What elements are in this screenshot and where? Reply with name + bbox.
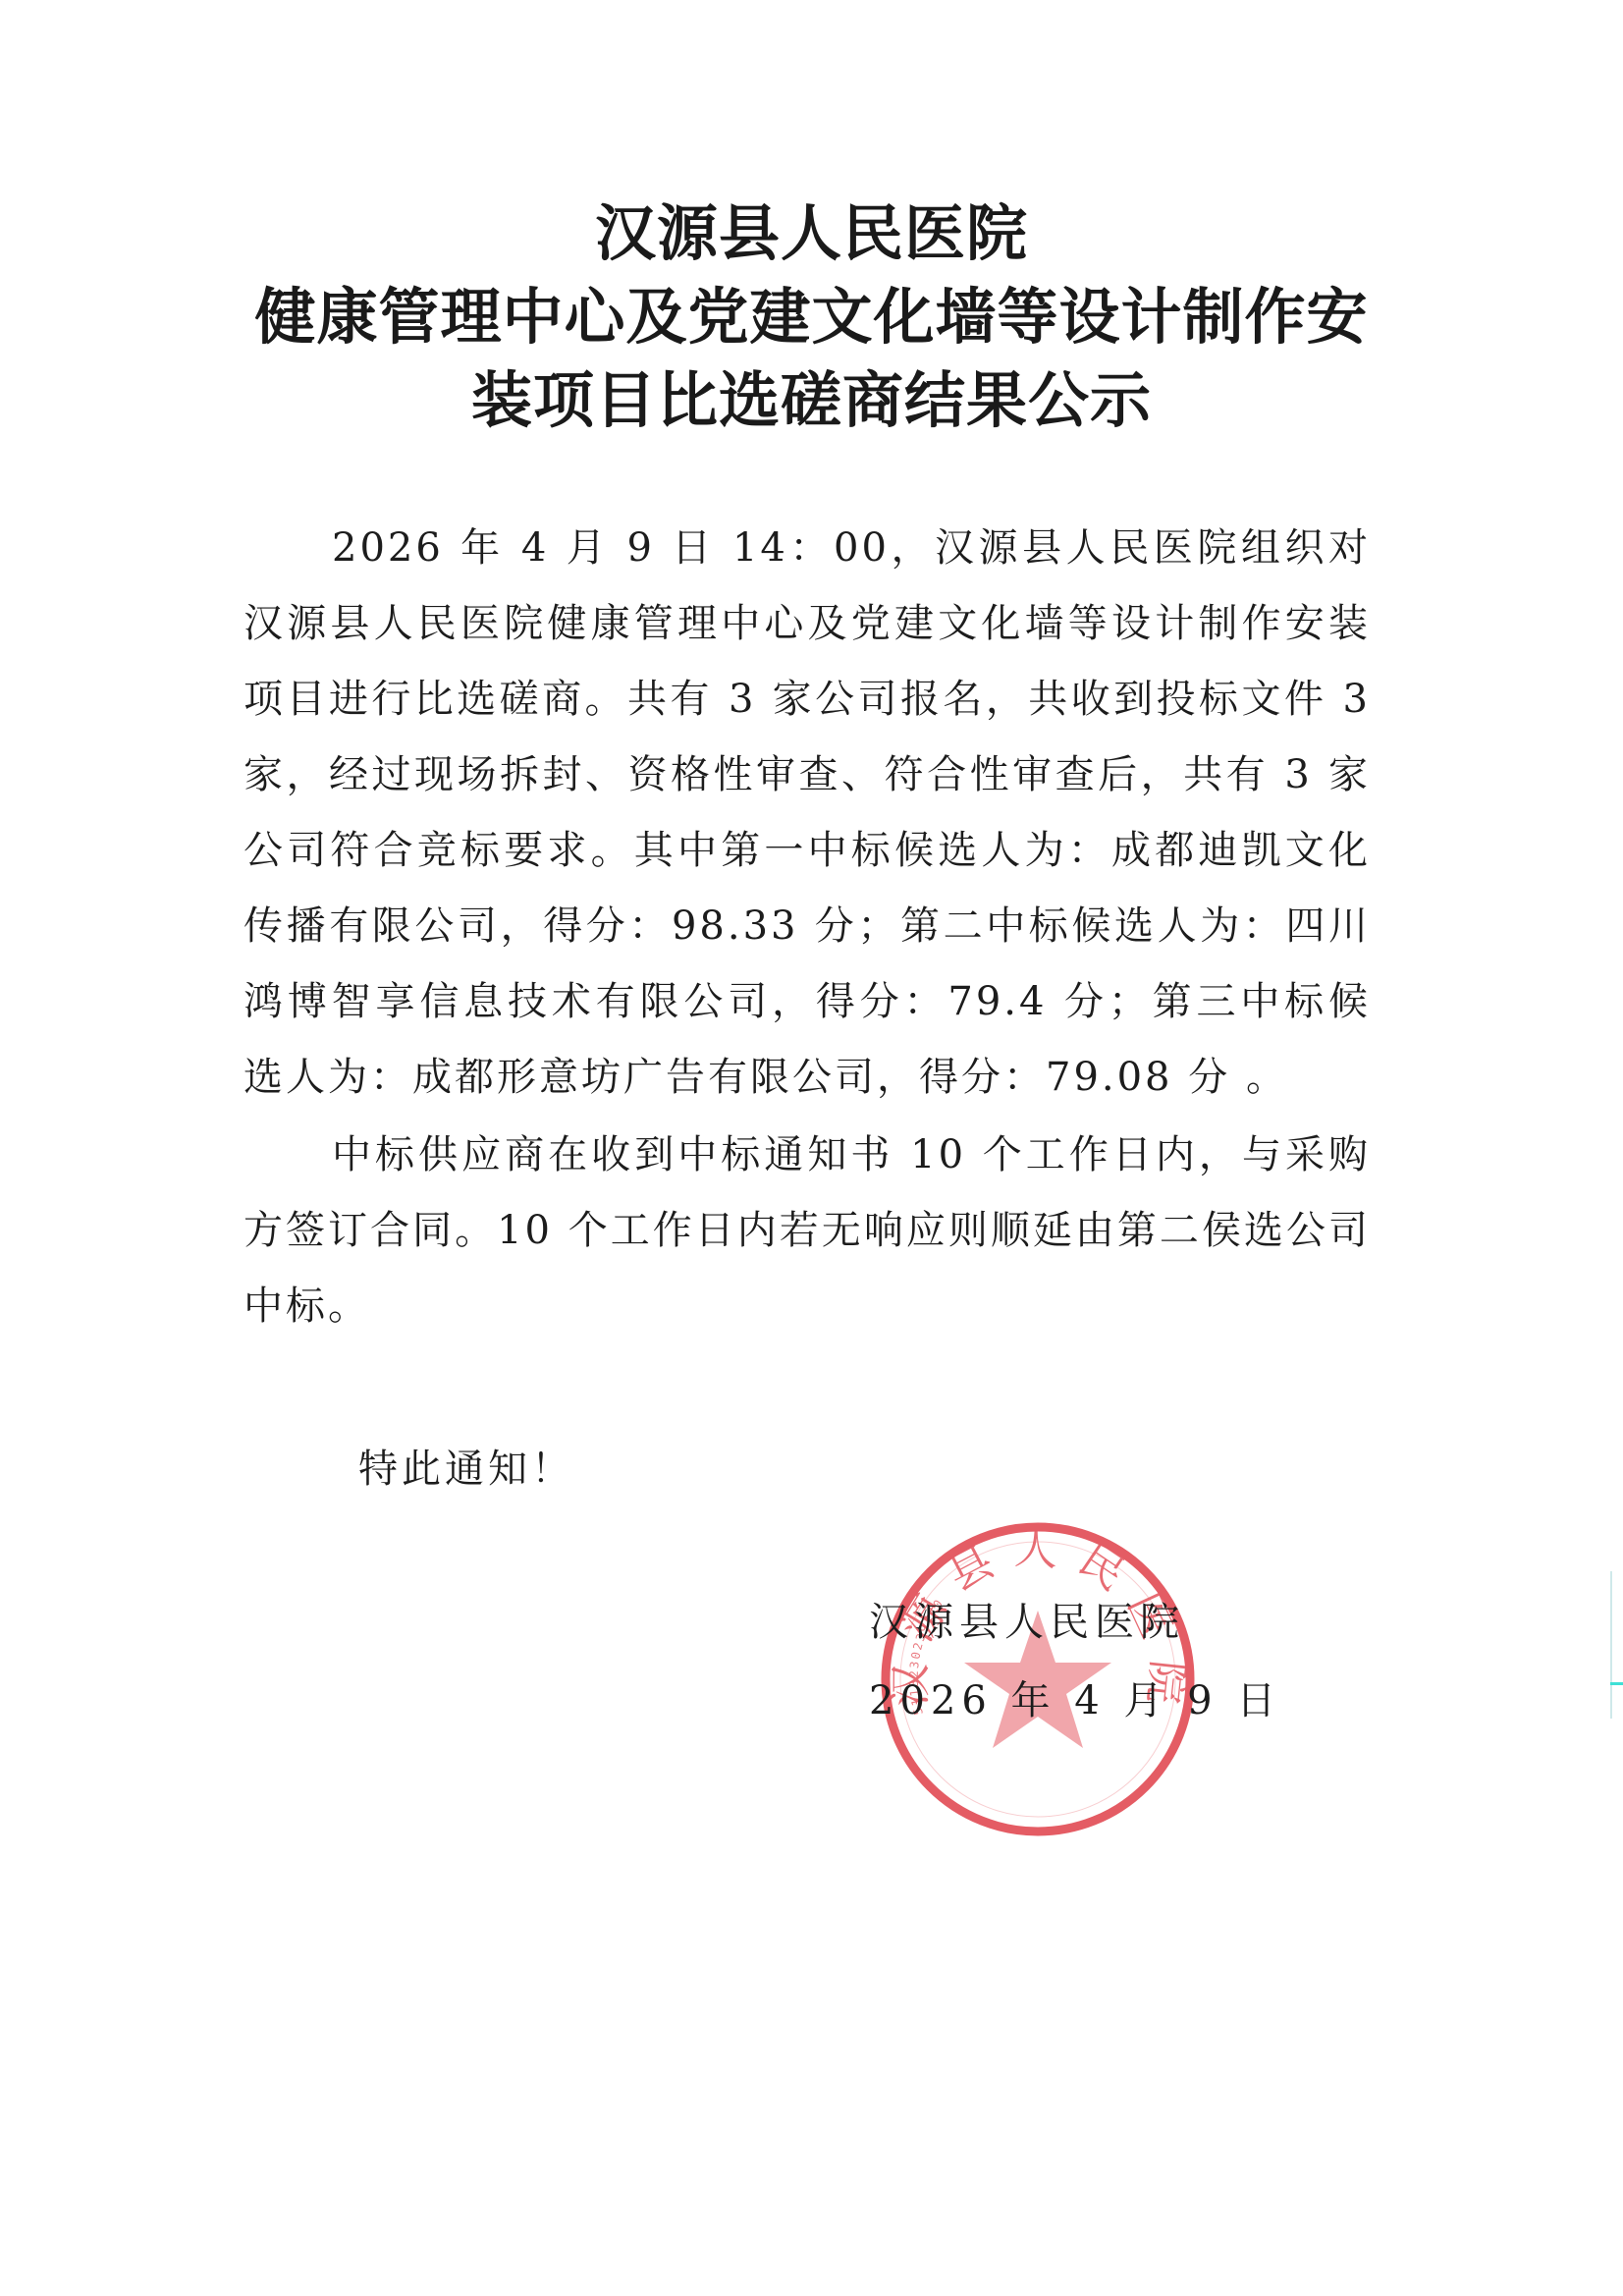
notice-closing: 特此通知！ bbox=[358, 1432, 574, 1507]
signature-date: 2026 年 4 月 9 日 bbox=[869, 1669, 1281, 1725]
title-line-2: 健康管理中心及党建文化墙等设计制作安 bbox=[0, 275, 1623, 358]
document-page: 汉源县人民医院 健康管理中心及党建文化墙等设计制作安 装项目比选磋商结果公示 2… bbox=[0, 0, 1623, 2296]
document-title: 汉源县人民医院 健康管理中心及党建文化墙等设计制作安 装项目比选磋商结果公示 bbox=[0, 191, 1623, 442]
scan-edge-tick bbox=[1610, 1682, 1623, 1685]
title-line-3: 装项目比选磋商结果公示 bbox=[0, 358, 1623, 442]
signature-organization: 汉源县人民医院 bbox=[869, 1591, 1185, 1647]
paragraph-contract: 中标供应商在收到中标通知书 10 个工作日内，与采购方签订合同。10 个工作日内… bbox=[243, 1118, 1371, 1344]
scan-edge-line bbox=[1610, 1571, 1612, 1719]
paragraph-result: 2026 年 4 月 9 日 14：00，汉源县人民医院组织对汉源县人民医院健康… bbox=[243, 511, 1371, 1116]
title-line-1: 汉源县人民医院 bbox=[0, 191, 1623, 275]
